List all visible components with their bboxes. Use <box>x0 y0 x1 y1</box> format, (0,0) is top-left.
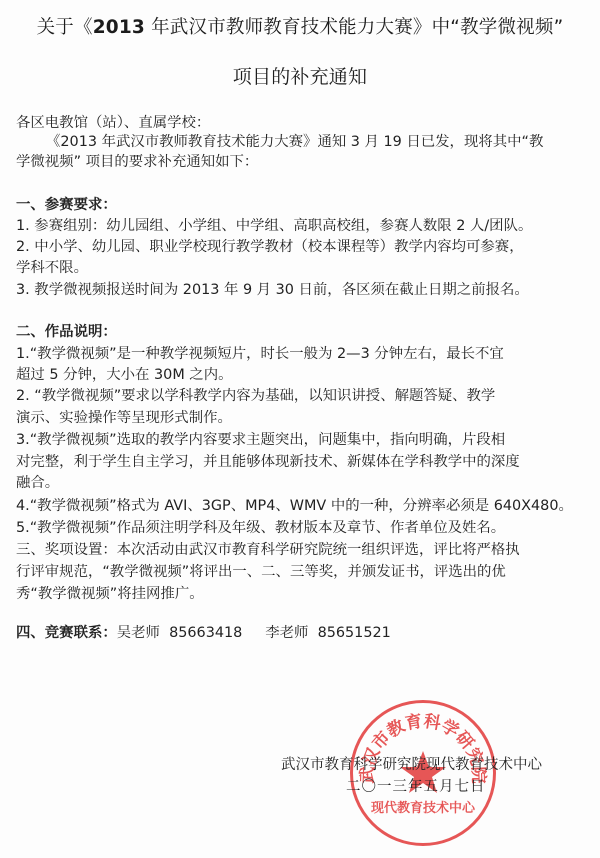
section-2-line: 3.“教学微视频”选取的教学内容要求主题突出，问题集中，指向明确，片段相 <box>16 431 586 450</box>
intro-line: 学微视频” 项目的要求补充通知如下： <box>16 153 586 172</box>
section-1-line: 学科不限。 <box>16 259 586 278</box>
section-2-line: 演示、实验操作等呈现形式制作。 <box>16 409 586 428</box>
section-2-line: 5.“教学微视频”作品须注明学科及年级、教材版本及章节、作者单位及姓名。 <box>16 519 586 538</box>
title-suffix: 年武汉市教师教育技术能力大赛》中“教学微视频” <box>145 17 563 38</box>
section-3-line: 秀“教学微视频”将挂网推广。 <box>16 585 586 604</box>
section-3-line: 行评审规范，“教学微视频”将评出一、二、三等奖，并颁发证书，评选出的优 <box>16 563 586 582</box>
section-2-line: 对完整，利于学生自主学习，并且能够体现新技术、新媒体在学科教学中的深度 <box>16 453 586 472</box>
contact-1-phone: 85663418 <box>169 625 242 641</box>
document-title-line-2: 项目的补充通知 <box>0 62 600 89</box>
intro-line: 《2013 年武汉市教师教育技术能力大赛》通知 3 月 19 日已发，现将其中“… <box>46 133 600 152</box>
section-2-line: 2. “教学微视频”要求以学科教学内容为基础，以知识讲授、解题答疑、教学 <box>16 387 586 406</box>
contact-2-phone: 85651521 <box>318 625 391 641</box>
title-prefix: 关于《 <box>37 17 93 38</box>
section-2-line: 融合。 <box>16 474 586 493</box>
section-2-line: 4.“教学微视频”格式为 AVI、3GP、MP4、WMV 中的一种，分辨率必须是… <box>16 497 586 516</box>
section-1-line: 1. 参赛组别：幼儿园组、小学组、中学组、高职高校组，参赛人数限 2 人/团队。 <box>16 217 586 236</box>
seal-bottom-text: 现代教育技术中心 <box>353 797 493 816</box>
document-title-line-1: 关于《2013 年武汉市教师教育技术能力大赛》中“教学微视频” <box>0 13 600 39</box>
title-year: 2013 <box>93 17 145 38</box>
contact-1-name: 吴老师 <box>117 625 160 641</box>
section-1-heading: 一、参赛要求： <box>16 196 586 215</box>
section-2-heading: 二、作品说明： <box>16 323 586 342</box>
signature-date: 二〇一三年五月七日 <box>346 775 486 796</box>
section-4-heading: 四、竞赛联系： <box>16 625 117 641</box>
salutation: 各区电教馆（站）、直属学校： <box>16 114 586 133</box>
section-4-contact: 四、竞赛联系：吴老师 85663418 李老师 85651521 <box>16 624 586 643</box>
section-2-line: 1.“教学微视频”是一种教学视频短片，时长一般为 2—3 分钟左右，最长不宜 <box>16 345 586 364</box>
signature-organization: 武汉市教育科学研究院现代教育技术中心 <box>281 753 542 774</box>
section-1-line: 2. 中小学、幼儿园、职业学校现行教学教材（校本课程等）教学内容均可参赛， <box>16 238 586 257</box>
section-2-line: 超过 5 分钟，大小在 30M 之内。 <box>16 366 586 385</box>
contact-2-name: 李老师 <box>265 625 308 641</box>
section-3-line: 三、奖项设置：本次活动由武汉市教育科学研究院统一组织评选，评比将严格执 <box>16 541 586 560</box>
section-1-line: 3. 教学微视频报送时间为 2013 年 9 月 30 日前，各区须在截止日期之… <box>16 281 586 300</box>
